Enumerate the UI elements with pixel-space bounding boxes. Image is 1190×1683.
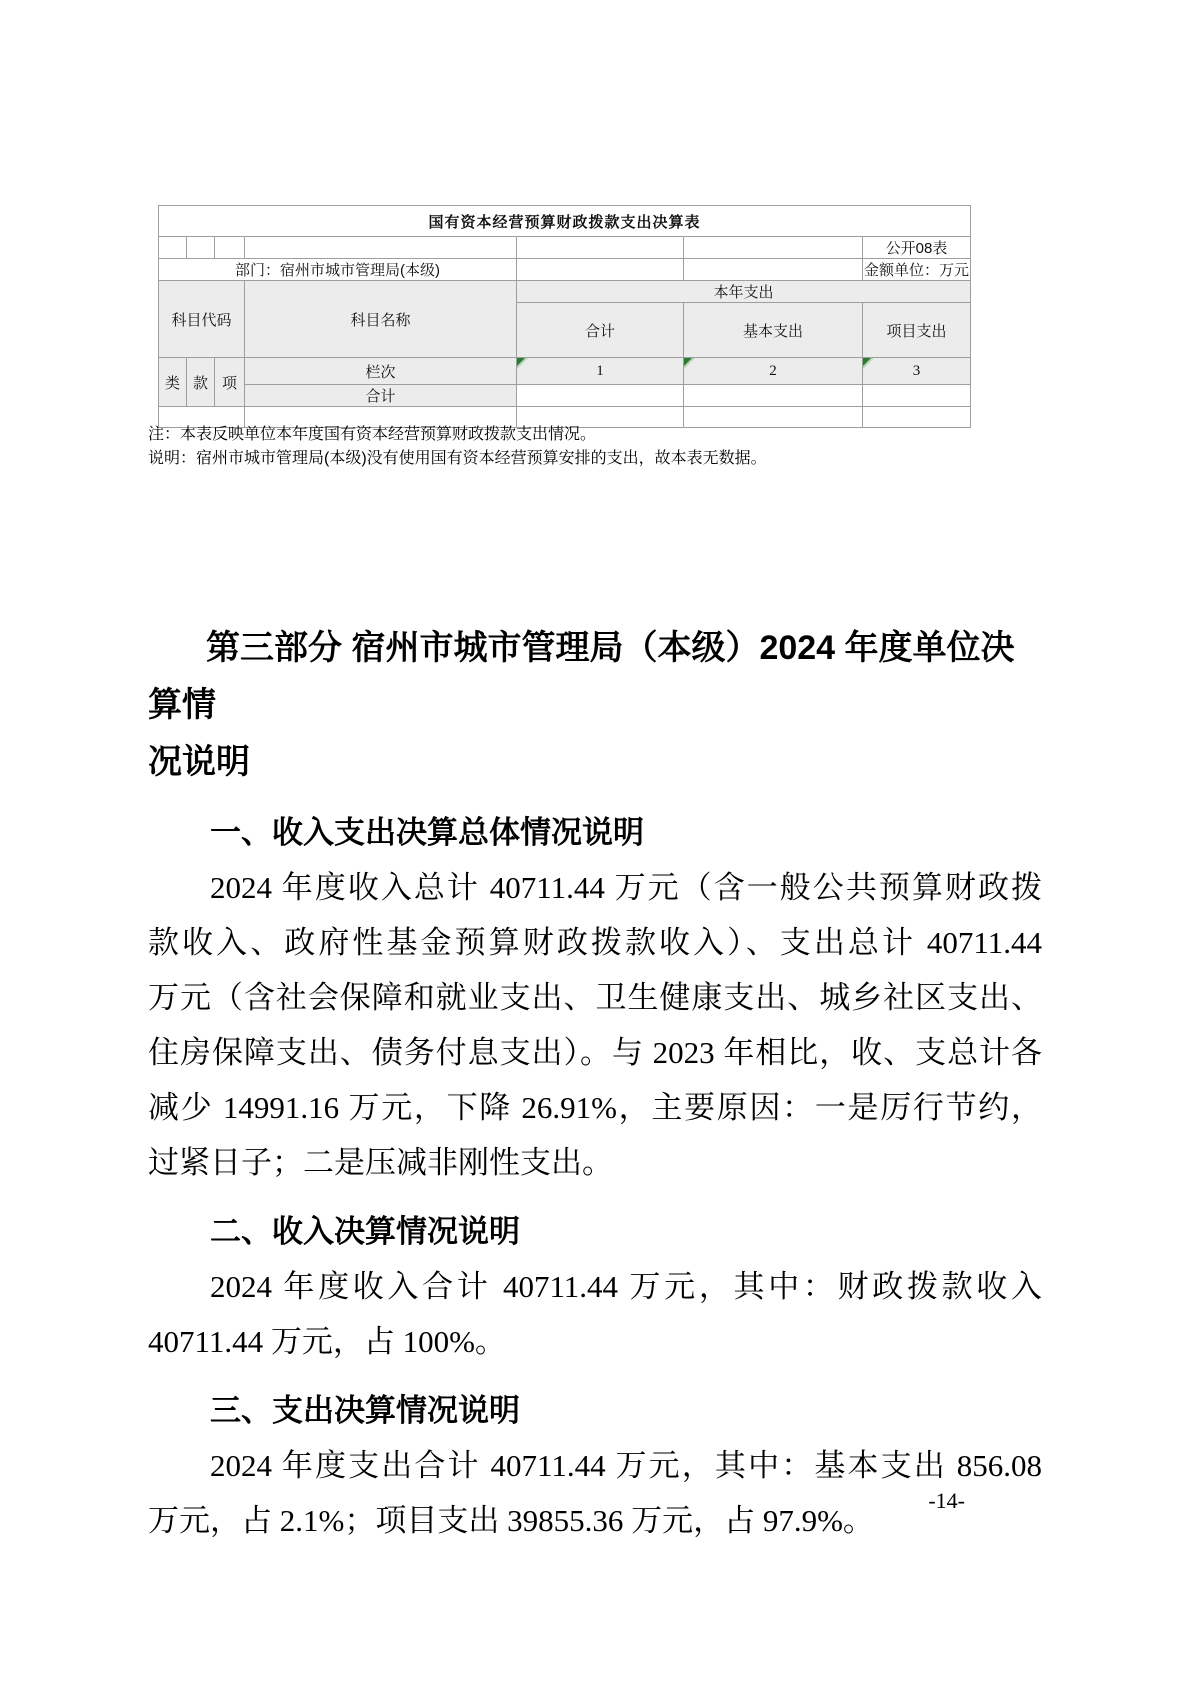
header-total: 合计 [517, 303, 684, 358]
table-cell [517, 237, 684, 259]
body-line: 2024 年度收入总计 40711.44 万元（含一般公共预算财政拨 [148, 860, 1042, 915]
column-index-1: 1 [517, 358, 684, 385]
column-index-label: 栏次 [245, 358, 517, 385]
table-cell [684, 237, 863, 259]
column-index-2: 2 [684, 358, 863, 385]
part3-heading: 第三部分 宿州市城市管理局（本级）2024 年度单位决算情 况说明 [148, 620, 1042, 791]
department-label: 部门：宿州市城市管理局(本级) [159, 259, 517, 281]
table-cell [517, 259, 684, 281]
header-code-item: 项 [215, 358, 245, 407]
section-title-expenditure-settlement: 三、支出决算情况说明 [148, 1383, 1042, 1438]
table-explanation: 说明：宿州市城市管理局(本级)没有使用国有资本经营预算安排的支出，故本表无数据。 [148, 449, 1048, 469]
table-title: 国有资本经营预算财政拨款支出决算表 [159, 206, 971, 237]
total-value-cell [684, 385, 863, 407]
body-line: 款收入、政府性基金预算财政拨款收入）、支出总计 40711.44 [148, 915, 1042, 970]
header-basic-expenditure: 基本支出 [684, 303, 863, 358]
table-cell [215, 237, 245, 259]
section-title-income-expenditure-overview: 一、收入支出决算总体情况说明 [148, 805, 1042, 860]
body-line: 住房保障支出、债务付息支出）。与 2023 年相比，收、支总计各 [148, 1025, 1042, 1080]
body-line: 减少 14991.16 万元，下降 26.91%，主要原因：一是厉行节约， [148, 1080, 1042, 1135]
header-project-expenditure: 项目支出 [863, 303, 971, 358]
narrative-section: 第三部分 宿州市城市管理局（本级）2024 年度单位决算情 况说明 一、收入支出… [148, 620, 1042, 1548]
section-title-income-settlement: 二、收入决算情况说明 [148, 1204, 1042, 1259]
form-code: 公开08表 [863, 237, 971, 259]
table-cell [187, 237, 215, 259]
page-number: -14- [928, 1488, 965, 1514]
column-index-value: 2 [769, 363, 777, 379]
total-row-label: 合计 [245, 385, 517, 407]
header-current-year-expenditure: 本年支出 [517, 281, 971, 303]
cell-corner-marker-icon [863, 358, 871, 366]
unit-label: 金额单位：万元 [863, 259, 971, 281]
total-value-cell [517, 385, 684, 407]
body-line: 2024 年度收入合计 40711.44 万元，其中：财政拨款收入 [148, 1259, 1042, 1314]
column-index-value: 1 [596, 363, 604, 379]
cell-corner-marker-icon [517, 358, 525, 366]
body-line: 2024 年度支出合计 40711.44 万元，其中：基本支出 856.08 [148, 1438, 1042, 1493]
body-line: 万元（含社会保障和就业支出、卫生健康支出、城乡社区支出、 [148, 970, 1042, 1025]
cell-corner-marker-icon [684, 358, 692, 366]
header-code-class: 类 [159, 358, 187, 407]
body-line: 万元，占 2.1%；项目支出 39855.36 万元，占 97.9%。 [148, 1493, 1042, 1548]
header-subject-code: 科目代码 [159, 281, 245, 358]
column-index-value: 3 [913, 363, 921, 379]
column-index-3: 3 [863, 358, 971, 385]
header-subject-name: 科目名称 [245, 281, 517, 358]
document-page: 国有资本经营预算财政拨款支出决算表 公开08表 部门：宿州市城市管理局(本级) … [0, 0, 1190, 1683]
table-cell [159, 237, 187, 259]
table-cell [684, 259, 863, 281]
heading-line: 况说明 [148, 734, 1042, 791]
body-line: 40711.44 万元，占 100%。 [148, 1314, 1042, 1369]
header-code-section: 款 [187, 358, 215, 407]
table-cell [245, 237, 517, 259]
body-line: 过紧日子；二是压减非刚性支出。 [148, 1135, 1042, 1190]
state-capital-expenditure-table: 国有资本经营预算财政拨款支出决算表 公开08表 部门：宿州市城市管理局(本级) … [158, 205, 971, 428]
heading-line: 第三部分 宿州市城市管理局（本级）2024 年度单位决算情 [148, 620, 1042, 734]
table-note: 注：本表反映单位本年度国有资本经营预算财政拨款支出情况。 [148, 425, 1048, 445]
total-value-cell [863, 385, 971, 407]
